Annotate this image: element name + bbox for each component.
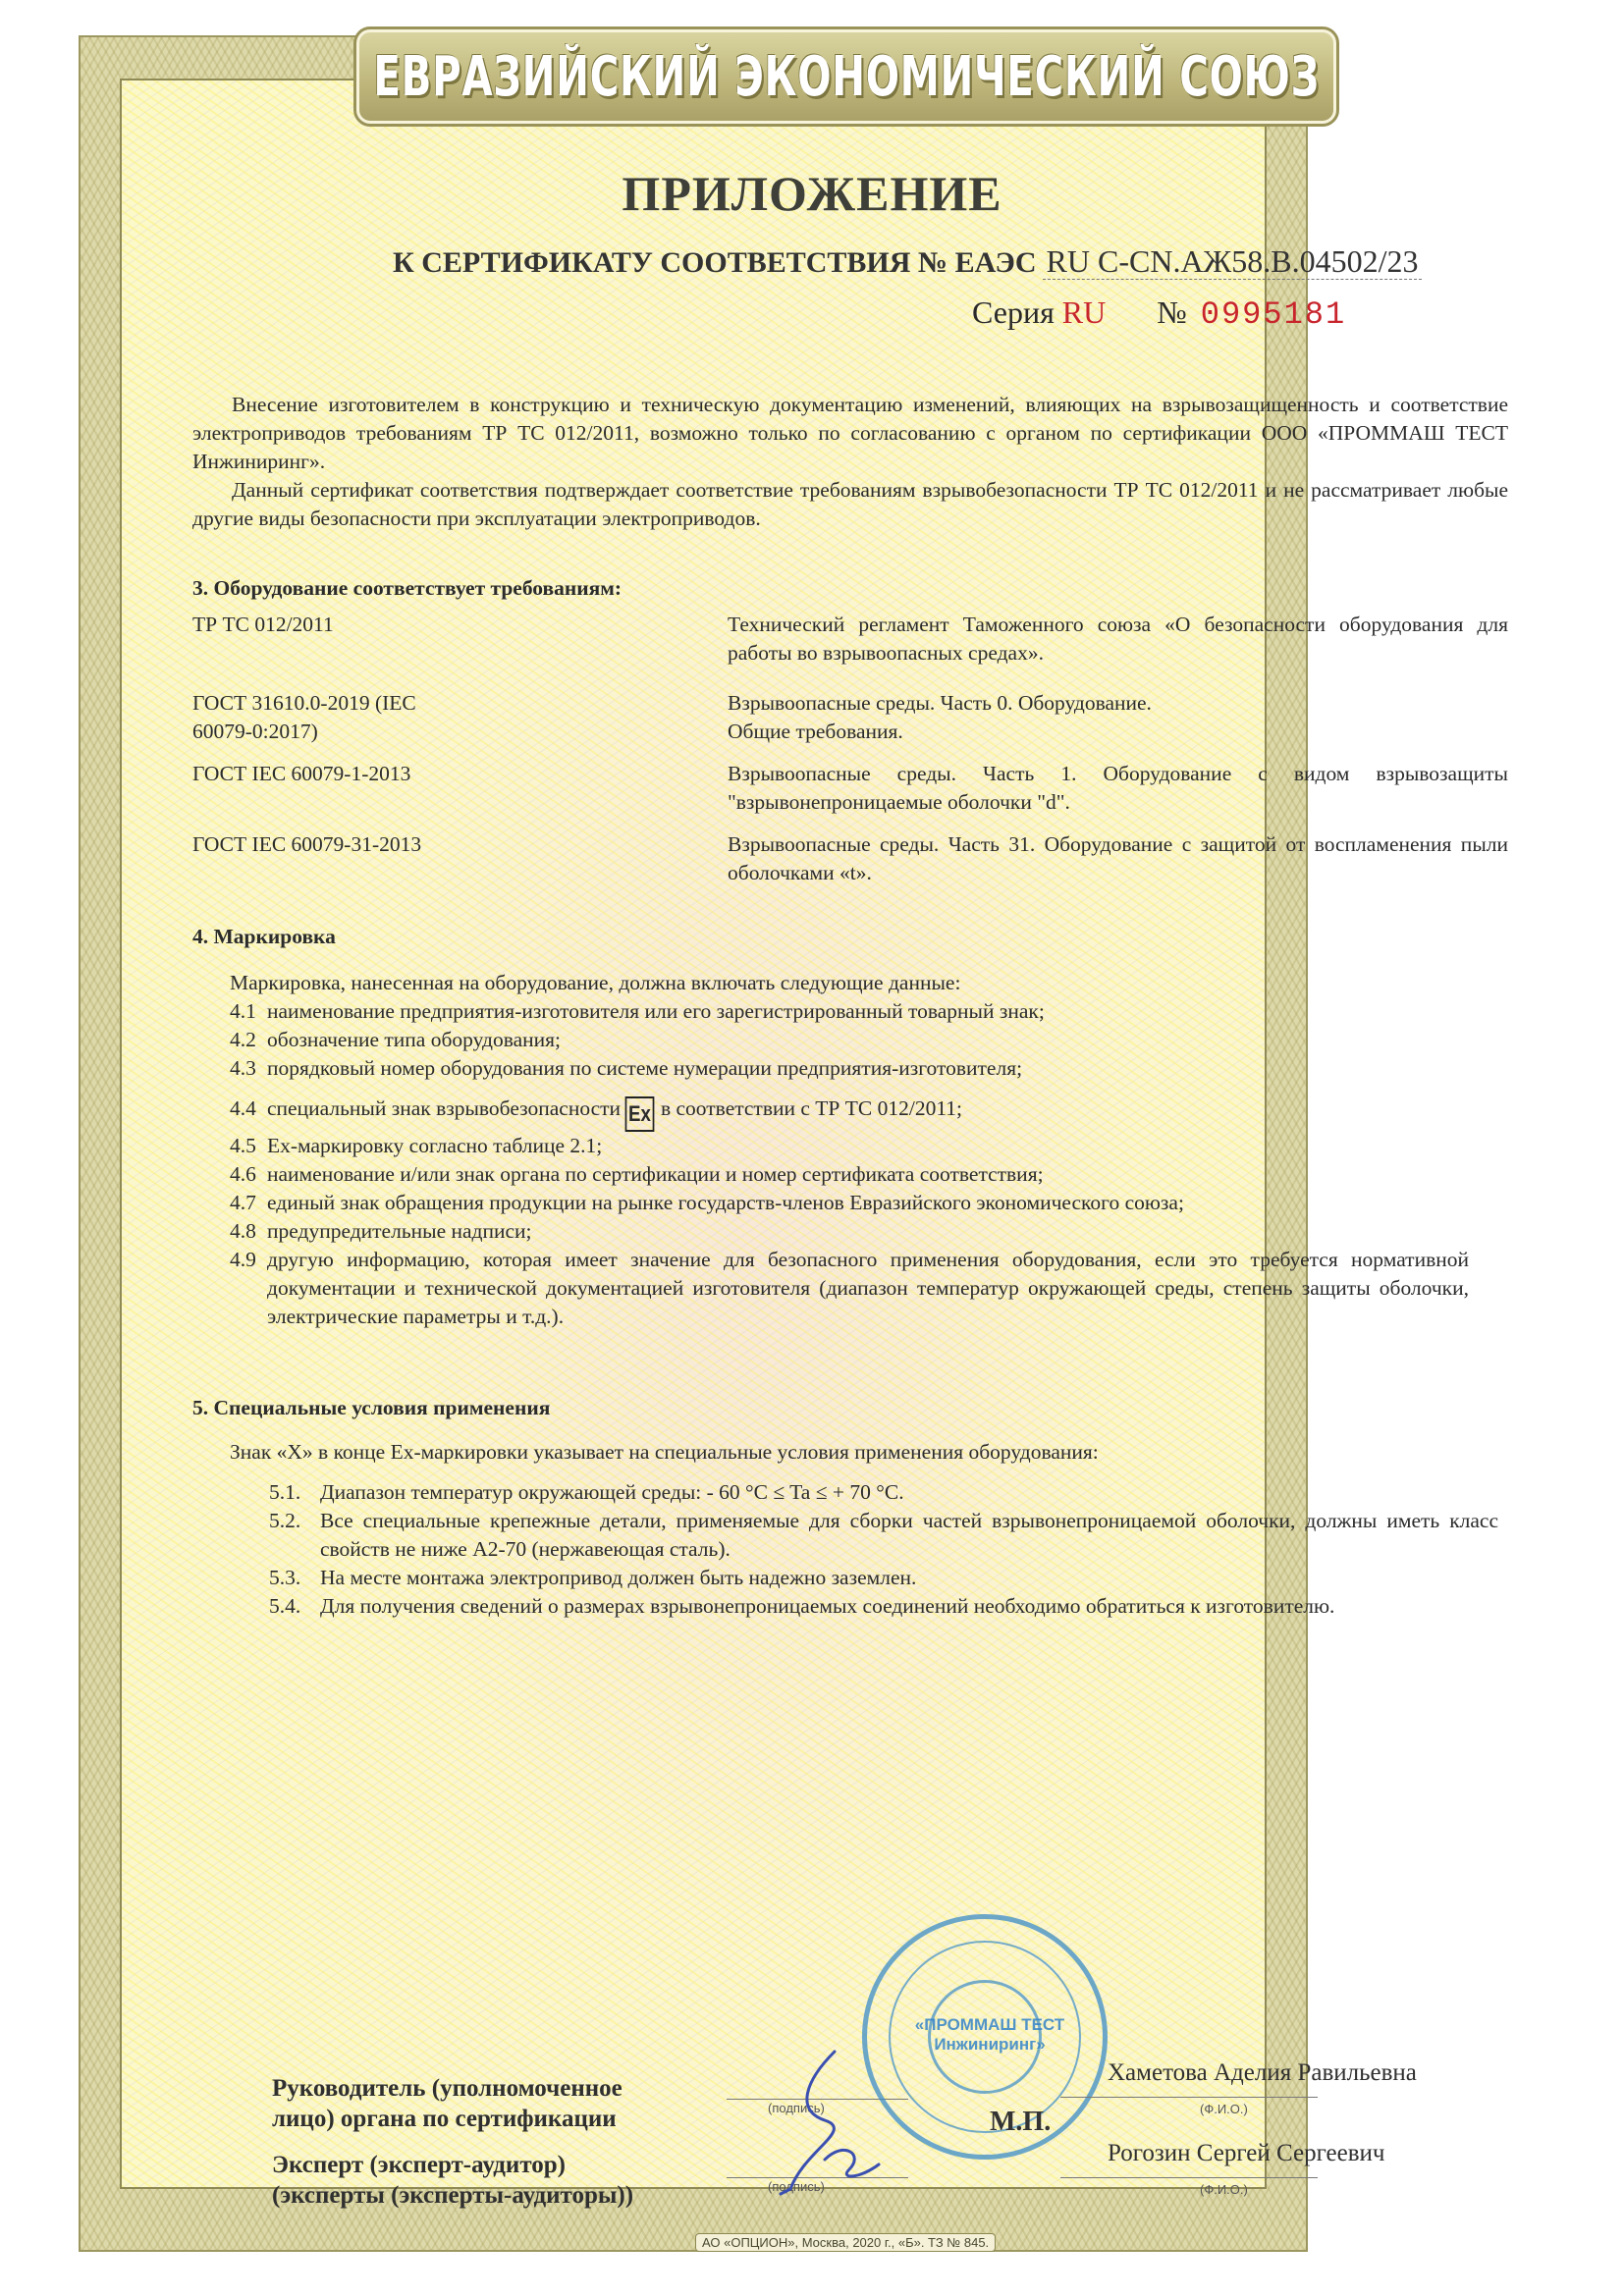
intro-paragraph: Внесение изготовителем в конструкцию и т… xyxy=(192,391,1508,476)
condition-item: 5.1.Диапазон температур окружающей среды… xyxy=(269,1478,1508,1507)
blank-number: 0995181 xyxy=(1201,296,1346,333)
certificate-label: К СЕРТИФИКАТУ СООТВЕТСТВИЯ № ЕАЭС xyxy=(393,246,1037,279)
expert-label: Эксперт (эксперт-аудитор) (эксперты (экс… xyxy=(272,2150,633,2211)
marking-item: 4.8предупредительные надписи; xyxy=(230,1217,1508,1246)
head-name-line xyxy=(1060,2097,1318,2098)
requirement-description: Взрывоопасные среды. Часть 1. Оборудован… xyxy=(728,760,1508,817)
marking-list: Маркировка, нанесенная на оборудование, … xyxy=(230,969,1508,1331)
section-3-heading: 3. Оборудование соответствует требования… xyxy=(192,574,1508,603)
head-label: Руководитель (уполномоченное лицо) орган… xyxy=(272,2073,623,2134)
banner-title: ЕВРАЗИЙСКИЙ ЭКОНОМИЧЕСКИЙ СОЮЗ xyxy=(373,45,1320,109)
number-label: № xyxy=(1157,294,1187,330)
certificate-reference: К СЕРТИФИКАТУ СООТВЕТСТВИЯ № ЕАЭСRU C-CN… xyxy=(393,243,1422,280)
conditions-lead: Знак «X» в конце Ex-маркировки указывает… xyxy=(230,1438,1508,1467)
requirement-row: ГОСТ IEC 60079-1-2013 Взрывоопасные сред… xyxy=(192,760,1508,817)
series-label: Серия xyxy=(972,294,1055,330)
requirement-code: ГОСТ 31610.0-2019 (IEC 60079-0:2017) xyxy=(192,689,728,746)
marking-lead: Маркировка, нанесенная на оборудование, … xyxy=(230,969,1508,997)
marking-item: 4.1наименование предприятия-изготовителя… xyxy=(230,997,1508,1026)
section-4-heading: 4. Маркировка xyxy=(192,923,1508,951)
requirement-description: Взрывоопасные среды. Часть 31. Оборудова… xyxy=(728,830,1508,887)
series-value: RU xyxy=(1062,294,1106,330)
marking-item: 4.3порядковый номер оборудования по сист… xyxy=(230,1054,1508,1083)
condition-item: 5.3.На месте монтажа электропривод долже… xyxy=(269,1564,1508,1592)
document-body: Внесение изготовителем в конструкцию и т… xyxy=(192,391,1508,1621)
marking-item: 4.9другую информацию, которая имеет знач… xyxy=(230,1246,1508,1331)
requirement-row: ТР ТС 012/2011 Технический регламент Там… xyxy=(192,611,1508,667)
expert-name-caption: (Ф.И.О.) xyxy=(1200,2182,1248,2197)
requirement-description: Технический регламент Таможенного союза … xyxy=(728,611,1508,667)
marking-item: 4.5Ex-маркировку согласно таблице 2.1; xyxy=(230,1132,1508,1160)
marking-item: 4.2обозначение типа оборудования; xyxy=(230,1026,1508,1054)
requirement-code: ГОСТ IEC 60079-31-2013 xyxy=(192,830,728,887)
conditions-list: Знак «X» в конце Ex-маркировки указывает… xyxy=(230,1438,1508,1621)
printer-imprint: АО «ОПЦИОН», Москва, 2020 г., «Б». ТЗ № … xyxy=(695,2233,996,2252)
document-title: ПРИЛОЖЕНИЕ xyxy=(0,165,1624,222)
requirement-description: Взрывоопасные среды. Часть 0. Оборудован… xyxy=(728,689,1508,746)
requirement-code: ТР ТС 012/2011 xyxy=(192,611,728,667)
ex-mark-icon: Ex xyxy=(625,1096,655,1132)
marking-item: 4.4 специальный знак взрывобезопасностиE… xyxy=(230,1095,1508,1132)
marking-item: 4.7единый знак обращения продукции на ры… xyxy=(230,1189,1508,1217)
head-name-caption: (Ф.И.О.) xyxy=(1200,2102,1248,2116)
handwritten-signature-icon xyxy=(766,2042,903,2209)
expert-name-line xyxy=(1060,2177,1318,2178)
section-5-heading: 5. Специальные условия применения xyxy=(192,1394,1508,1422)
intro-paragraph: Данный сертификат соответствия подтвержд… xyxy=(192,476,1508,533)
condition-item: 5.4.Для получения сведений о размерах вз… xyxy=(269,1592,1508,1621)
head-name: Хаметова Аделия Равильевна xyxy=(1108,2059,1417,2087)
requirement-row: ГОСТ IEC 60079-31-2013 Взрывоопасные сре… xyxy=(192,830,1508,887)
requirement-code: ГОСТ IEC 60079-1-2013 xyxy=(192,760,728,817)
expert-name: Рогозин Сергей Сергеевич xyxy=(1108,2140,1384,2167)
seal-label: М.П. xyxy=(990,2107,1051,2138)
requirement-row: ГОСТ 31610.0-2019 (IEC 60079-0:2017) Взр… xyxy=(192,689,1508,746)
series-line: Серия RU №0995181 xyxy=(972,294,1346,333)
certificate-number: RU C-CN.АЖ58.В.04502/23 xyxy=(1043,243,1423,280)
condition-item: 5.2.Все специальные крепежные детали, пр… xyxy=(269,1507,1508,1564)
marking-item: 4.6наименование и/или знак органа по сер… xyxy=(230,1160,1508,1189)
union-banner: ЕВРАЗИЙСКИЙ ЭКОНОМИЧЕСКИЙ СОЮЗ xyxy=(356,29,1336,124)
